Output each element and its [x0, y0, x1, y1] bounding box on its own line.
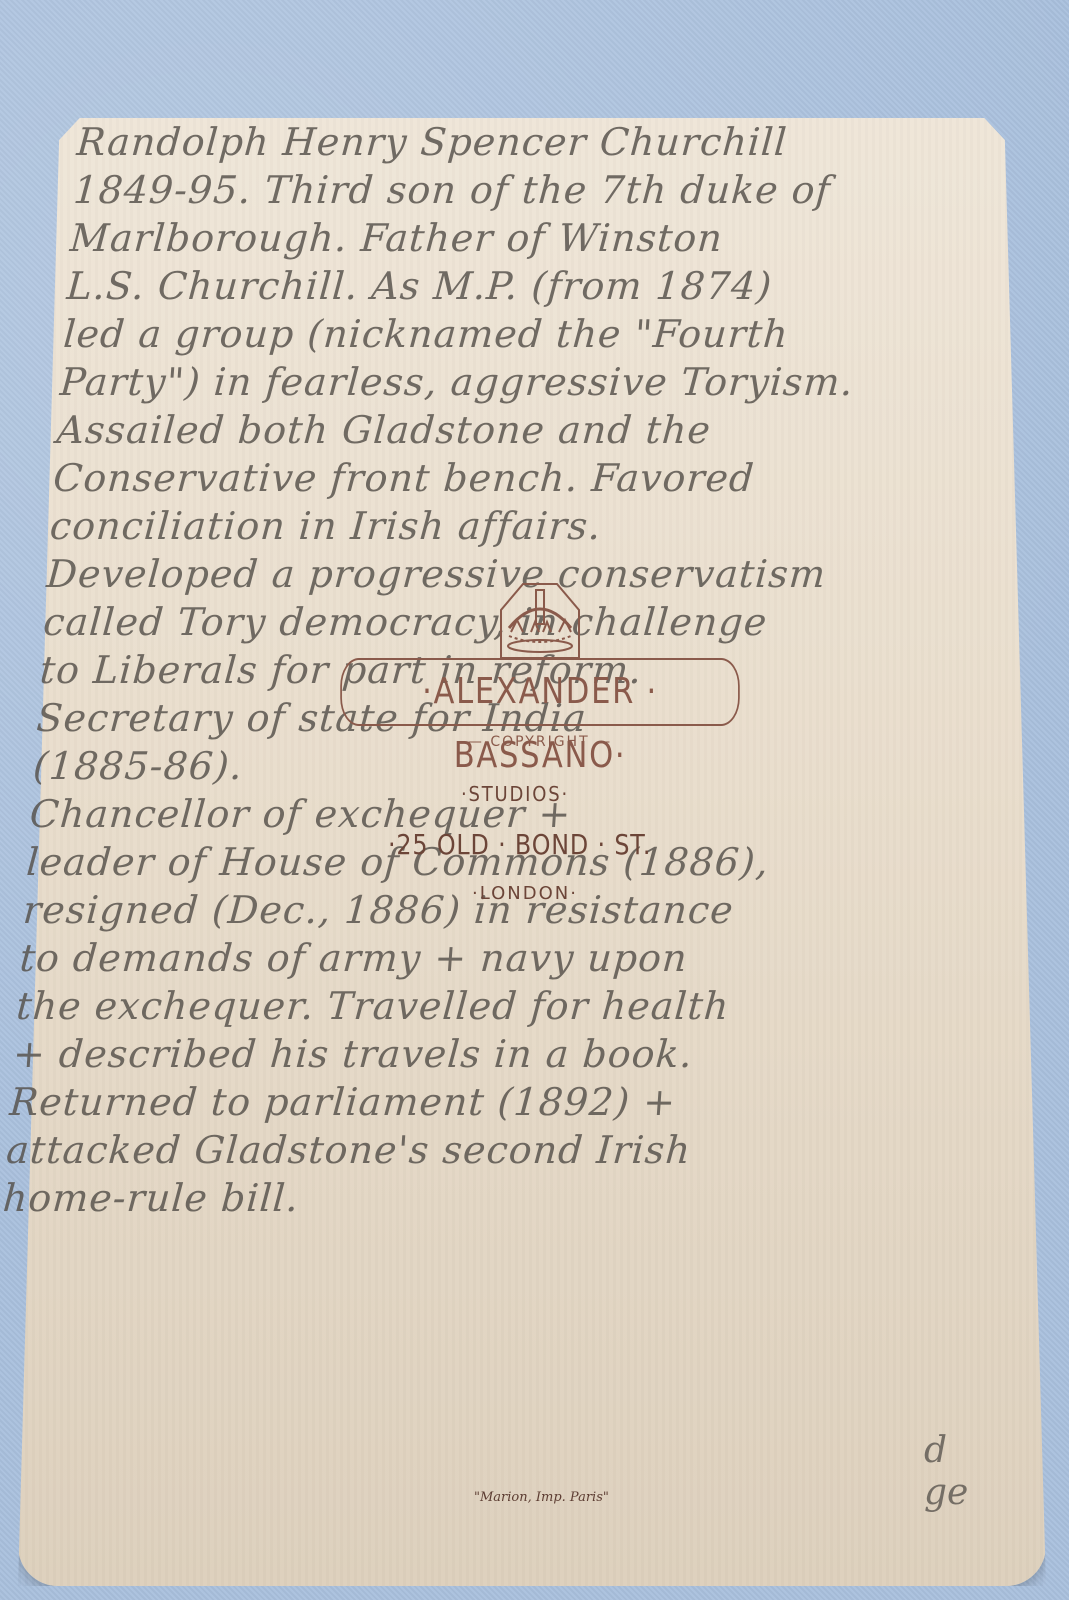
note-line: Conservative front bench. Favored — [52, 454, 1035, 502]
note-line: conciliation in Irish affairs. — [48, 502, 1031, 550]
cabinet-card: Randolph Henry Spencer Churchill 1849-95… — [0, 0, 1069, 1600]
note-line: led a group (nicknamed the "Fourth — [62, 310, 1045, 358]
note-line: Returned to parliament (1892) + — [8, 1078, 991, 1126]
printer-mark: "Marion, Imp. Paris" — [474, 1490, 609, 1505]
photographer-stamp: ·ALEXANDER · BASSANO· — COPYRIGHT — — [305, 580, 775, 750]
corner-note-line: ge — [924, 1472, 968, 1514]
note-line: to demands of army + navy upon — [18, 934, 1001, 982]
corner-note-line: d — [924, 1430, 968, 1472]
note-line: 1849-95. Third son of the 7th duke of — [72, 166, 1055, 214]
note-line: the exchequer. Travelled for health — [15, 982, 998, 1030]
note-line: Randolph Henry Spencer Churchill — [75, 118, 1058, 166]
photographer-name: ·ALEXANDER · BASSANO· — [340, 658, 740, 726]
note-line: Assailed both Gladstone and the — [55, 406, 1038, 454]
note-line: home-rule bill. — [1, 1174, 984, 1222]
crown-icon — [481, 580, 599, 660]
corner-pencil-note: d ge — [924, 1430, 968, 1514]
studio-city: ·LONDON· — [472, 883, 578, 904]
note-line: + described his travels in a book. — [11, 1030, 994, 1078]
note-line: attacked Gladstone's second Irish — [5, 1126, 988, 1174]
studio-address: ·25 OLD · BOND · ST. — [388, 828, 651, 861]
studios-label: ·STUDIOS· — [461, 782, 569, 806]
note-line: Party") in fearless, aggressive Toryism. — [58, 358, 1041, 406]
note-line: L.S. Churchill. As M.P. (from 1874) — [65, 262, 1048, 310]
note-line: Marlborough. Father of Winston — [69, 214, 1052, 262]
